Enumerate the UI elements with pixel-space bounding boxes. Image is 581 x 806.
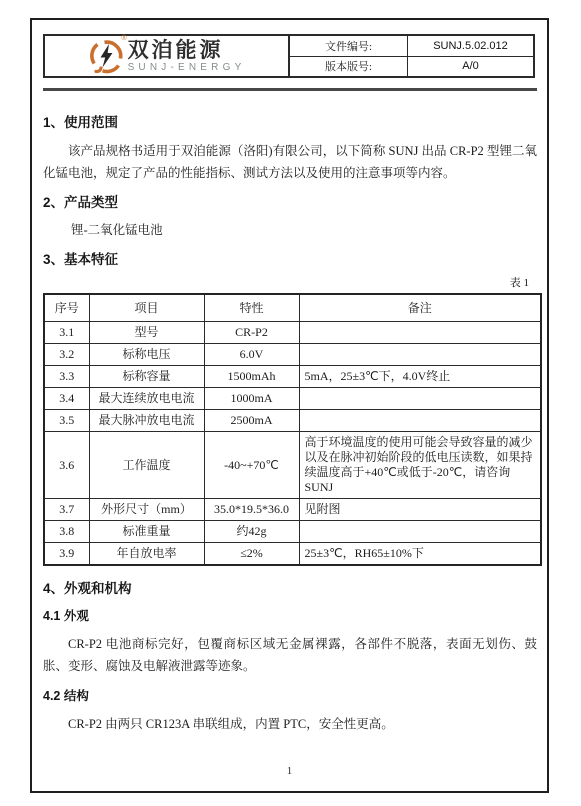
page-border-frame: ® 双洎能源 SUNJ-ENERGY 文件编号: SUNJ.5.02.012 版… bbox=[30, 18, 549, 793]
section-4-title: 4、外观和机构 bbox=[43, 577, 540, 597]
page-content: ® 双洎能源 SUNJ-ENERGY 文件编号: SUNJ.5.02.012 版… bbox=[32, 20, 547, 735]
registered-trademark-icon: ® bbox=[121, 35, 126, 42]
doc-number-label: 文件编号: bbox=[290, 36, 408, 56]
cell-index: 3.7 bbox=[44, 499, 89, 521]
spec-table: 序号 项目 特性 备注 3.1 型号 CR-P2 3.2 标称电压 6.0V bbox=[43, 293, 542, 566]
cell-index: 3.1 bbox=[44, 322, 89, 344]
cell-item: 年自放电率 bbox=[89, 543, 204, 566]
section-4-2-title: 4.2 结构 bbox=[43, 686, 540, 704]
doc-number-value: SUNJ.5.02.012 bbox=[408, 40, 533, 52]
cell-remark: 5mA，25±3℃下，4.0V终止 bbox=[299, 366, 541, 388]
cell-remark: 高于环境温度的使用可能会导致容量的减少以及在脉冲初始阶段的低电压读数，如果持续温… bbox=[299, 432, 541, 499]
cell-item: 型号 bbox=[89, 322, 204, 344]
document-meta: 文件编号: SUNJ.5.02.012 版本版号: A/0 bbox=[290, 36, 533, 76]
cell-remark: 25±3℃，RH65±10%下 bbox=[299, 543, 541, 566]
cell-remark bbox=[299, 521, 541, 543]
col-header-item: 项目 bbox=[89, 294, 204, 322]
table-row: 3.1 型号 CR-P2 bbox=[44, 322, 541, 344]
section-4-1-title: 4.1 外观 bbox=[43, 606, 540, 624]
table-row: 3.9 年自放电率 ≤2% 25±3℃，RH65±10%下 bbox=[44, 543, 541, 566]
cell-index: 3.6 bbox=[44, 432, 89, 499]
cell-spec: 35.0*19.5*36.0 bbox=[204, 499, 299, 521]
company-logo: ® 双洎能源 SUNJ-ENERGY bbox=[45, 36, 290, 76]
cell-index: 3.5 bbox=[44, 410, 89, 432]
section-2-title: 2、产品类型 bbox=[43, 191, 540, 211]
cell-spec: 1500mAh bbox=[204, 366, 299, 388]
table-row: 3.4 最大连续放电电流 1000mA bbox=[44, 388, 541, 410]
table-row: 3.7 外形尺寸（mm） 35.0*19.5*36.0 见附图 bbox=[44, 499, 541, 521]
company-name-en: SUNJ-ENERGY bbox=[128, 63, 246, 73]
cell-remark bbox=[299, 410, 541, 432]
cell-item: 标准重量 bbox=[89, 521, 204, 543]
lightning-circle-icon: ® bbox=[88, 37, 124, 75]
cell-spec: -40~+70℃ bbox=[204, 432, 299, 499]
cell-index: 3.9 bbox=[44, 543, 89, 566]
cell-spec: 6.0V bbox=[204, 344, 299, 366]
version-value: A/0 bbox=[408, 60, 533, 72]
section-2-item: 锂-二氧化锰电池 bbox=[43, 220, 540, 238]
section-3-title: 3、基本特征 bbox=[43, 248, 540, 268]
table-header-row: 序号 项目 特性 备注 bbox=[44, 294, 541, 322]
version-label: 版本版号: bbox=[290, 57, 408, 77]
table-row: 3.5 最大脉冲放电电流 2500mA bbox=[44, 410, 541, 432]
company-name-cn: 双洎能源 bbox=[128, 40, 246, 61]
table-row: 3.8 标准重量 约42g bbox=[44, 521, 541, 543]
cell-item: 标称容量 bbox=[89, 366, 204, 388]
cell-item: 外形尺寸（mm） bbox=[89, 499, 204, 521]
section-1-title: 1、使用范围 bbox=[43, 111, 540, 131]
cell-remark bbox=[299, 344, 541, 366]
cell-index: 3.8 bbox=[44, 521, 89, 543]
table-row: 3.6 工作温度 -40~+70℃ 高于环境温度的使用可能会导致容量的减少以及在… bbox=[44, 432, 541, 499]
logo-text: 双洎能源 SUNJ-ENERGY bbox=[128, 40, 246, 73]
cell-item: 工作温度 bbox=[89, 432, 204, 499]
cell-item: 标称电压 bbox=[89, 344, 204, 366]
section-4-2-paragraph: CR-P2 由两只 CR123A 串联组成，内置 PTC，安全性更高。 bbox=[43, 713, 537, 735]
section-4-1-paragraph: CR-P2 电池商标完好，包覆商标区域无金属裸露，各部件不脱落，表面无划伤、鼓胀… bbox=[43, 633, 537, 677]
table-row: 3.3 标称容量 1500mAh 5mA，25±3℃下，4.0V终止 bbox=[44, 366, 541, 388]
col-header-remark: 备注 bbox=[299, 294, 541, 322]
col-header-spec: 特性 bbox=[204, 294, 299, 322]
meta-row-doc-number: 文件编号: SUNJ.5.02.012 bbox=[290, 36, 533, 56]
header-divider bbox=[43, 88, 537, 91]
cell-index: 3.2 bbox=[44, 344, 89, 366]
cell-item: 最大连续放电电流 bbox=[89, 388, 204, 410]
col-header-index: 序号 bbox=[44, 294, 89, 322]
cell-remark bbox=[299, 322, 541, 344]
cell-item: 最大脉冲放电电流 bbox=[89, 410, 204, 432]
cell-remark: 见附图 bbox=[299, 499, 541, 521]
meta-row-version: 版本版号: A/0 bbox=[290, 56, 533, 77]
cell-index: 3.4 bbox=[44, 388, 89, 410]
cell-spec: 1000mA bbox=[204, 388, 299, 410]
page-number: 1 bbox=[32, 766, 547, 777]
table-row: 3.2 标称电压 6.0V bbox=[44, 344, 541, 366]
cell-remark bbox=[299, 388, 541, 410]
cell-spec: 2500mA bbox=[204, 410, 299, 432]
cell-index: 3.3 bbox=[44, 366, 89, 388]
section-1-paragraph: 该产品规格书适用于双洎能源（洛阳)有限公司，以下简称 SUNJ 出品 CR-P2… bbox=[43, 140, 537, 184]
cell-spec: 约42g bbox=[204, 521, 299, 543]
cell-spec: ≤2% bbox=[204, 543, 299, 566]
cell-spec: CR-P2 bbox=[204, 322, 299, 344]
document-header: ® 双洎能源 SUNJ-ENERGY 文件编号: SUNJ.5.02.012 版… bbox=[43, 34, 535, 78]
table-caption: 表 1 bbox=[43, 274, 535, 290]
